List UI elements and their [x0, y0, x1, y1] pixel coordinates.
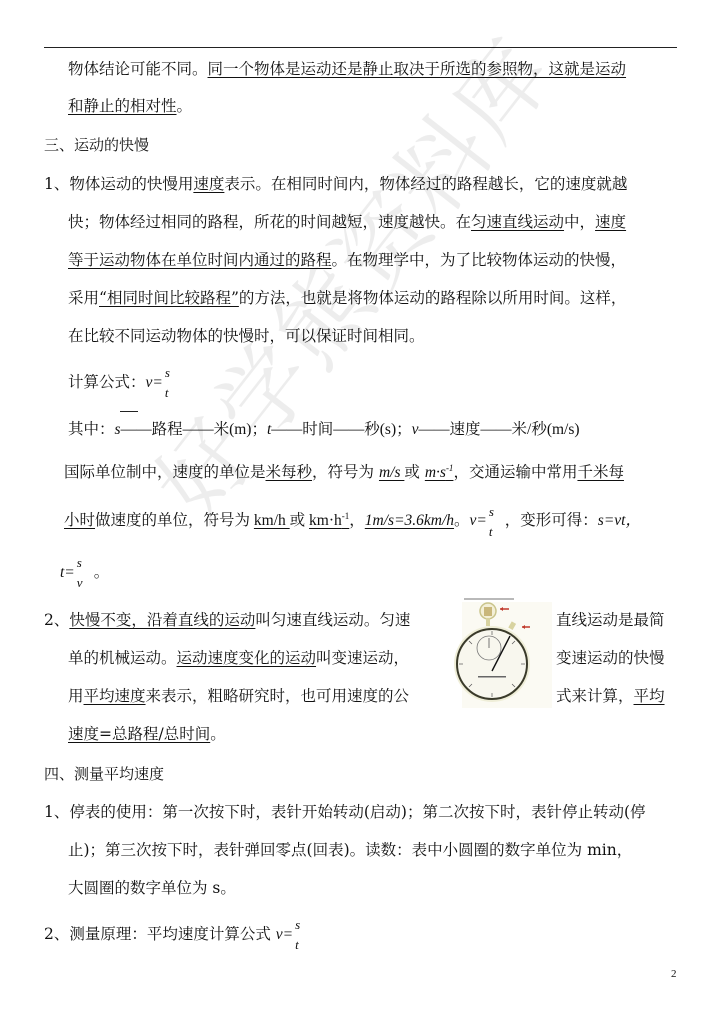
s3-item2-right-1: 直线运动是最简: [556, 610, 665, 630]
underlined-text: 运动速度变化的运动: [177, 649, 317, 667]
text: 其中：: [68, 421, 115, 438]
formula-label: 计算公式：: [68, 373, 146, 391]
relativity-line-2: 和静止的相对性。: [68, 96, 192, 116]
underlined-text: 速度=总路程/总时间: [68, 725, 210, 743]
text: ——时间——秒(s)；: [271, 421, 411, 438]
s3-item2-line-3: 用平均速度来表示，粗略研究时，也可用速度的公: [68, 686, 409, 706]
text: 。: [454, 512, 470, 529]
text: 。: [177, 97, 193, 115]
underlined-text: 平均速度: [84, 687, 146, 705]
denominator: t: [295, 935, 299, 955]
text: 2、测量原理：平均速度计算公式: [44, 925, 276, 943]
underlined-unit: km·h: [309, 512, 342, 529]
units-line-3: t=sv 。: [60, 562, 109, 583]
underlined-text: 平均: [634, 687, 665, 705]
s3-item1-line-5: 在比较不同运动物体的快慢时，可以保证时间相同。: [68, 326, 425, 346]
text: 采用: [68, 289, 99, 307]
var-v: v: [412, 421, 419, 438]
text: ，: [349, 512, 365, 529]
formula-lhs: t=: [60, 564, 75, 581]
denominator: t: [489, 522, 493, 542]
text: 。在物理学中，为了比较物体运动的快慢，: [332, 251, 627, 269]
numerator: s: [77, 553, 82, 573]
s4-item1-line-3: 大圆圈的数字单位为 s。: [68, 878, 236, 898]
text: 中，: [564, 213, 595, 231]
s3-item1-line-4: 采用“相同时间比较路程”的方法，也就是将物体运动的路程除以所用时间。这样，: [68, 288, 626, 308]
variable-definitions: 其中：s——路程——米(m)；t——时间——秒(s)；v——速度——米/秒(m/…: [68, 420, 580, 440]
stopwatch-image: [452, 596, 556, 710]
text: 。: [210, 725, 226, 743]
text: ，符号为: [312, 463, 379, 481]
relativity-line-1: 物体结论可能不同。同一个物体是运动还是静止取决于所选的参照物，这就是运动: [68, 59, 626, 79]
text: 或: [404, 463, 424, 481]
page-number: 2: [671, 968, 677, 980]
denominator: t: [165, 383, 169, 403]
text: 的方法，也就是将物体运动的路程除以所用时间。这样，: [239, 289, 627, 307]
units-line-2: 小时做速度的单位，符号为 km/h 或 km·h-1，1m/s=3.6km/h。…: [64, 506, 641, 532]
text: 2、: [44, 611, 69, 629]
s3-item2-line-2: 单的机械运动。运动速度变化的运动叫变速运动，: [68, 648, 409, 668]
s3-item2-line-4: 速度=总路程/总时间。: [68, 724, 226, 744]
units-line-1: 国际单位制中，速度的单位是米每秒，符号为 m/s 或 m·s-1，交通运输中常用…: [64, 458, 624, 483]
s3-item2-right-3: 式来计算，平均: [556, 686, 665, 706]
text: 单的机械运动。: [68, 649, 177, 667]
s3-item2-right-2: 变速运动的快慢: [556, 648, 665, 668]
section-3-heading: 三、运动的快慢: [44, 135, 149, 155]
underlined-unit: m/s: [379, 464, 404, 481]
text: 叫匀速直线运动。匀速: [255, 611, 410, 629]
formula-lhs: v=: [146, 374, 163, 391]
formula-s-vt: s=vt，: [598, 512, 641, 529]
s3-item1-line-1: 1、物体运动的快慢用速度表示。在相同时间内，物体经过的路程越长，它的速度就越: [44, 174, 627, 194]
text: ，交通运输中常用: [453, 463, 577, 481]
s3-item1-line-3: 等于运动物体在单位时间内通过的路程。在物理学中，为了比较物体运动的快慢，: [68, 250, 626, 270]
text: 或: [290, 512, 309, 529]
text: 国际单位制中，速度的单位是: [64, 463, 266, 481]
s4-item2-formula: 2、测量原理：平均速度计算公式 v=st: [44, 924, 307, 945]
s3-item1-line-2: 快；物体经过相同的路程，所花的时间越短，速度越快。在匀速直线运动中，速度: [68, 212, 626, 232]
text: 物体结论可能不同。: [68, 60, 208, 78]
underlined-text: 速度: [193, 175, 224, 193]
underlined-text: “相同时间比较路程”: [99, 289, 239, 307]
text: 。: [89, 563, 109, 581]
formula-lhs: v=: [470, 512, 487, 529]
text: 用: [68, 687, 84, 705]
fraction: sv: [75, 563, 89, 583]
formula-lhs: v=: [276, 926, 293, 943]
text: 做速度的单位，符号为: [95, 512, 254, 529]
underlined-text: 匀速直线运动: [471, 213, 564, 231]
denominator: v: [77, 573, 83, 593]
underlined-unit: m·s: [425, 464, 446, 481]
s3-item2-line-1: 2、快慢不变，沿着直线的运动叫匀速直线运动。匀速: [44, 610, 410, 630]
text: ——速度——米/秒(m/s): [419, 421, 580, 438]
text: 表示。在相同时间内，物体经过的路程越长，它的速度就越: [224, 175, 627, 193]
s4-item1-line-1: 1、停表的使用：第一次按下时，表针开始转动(启动)；第二次按下时，表针停止转动(…: [44, 802, 646, 822]
underlined-unit: km/h: [254, 512, 290, 529]
underlined-text: 速度: [595, 213, 626, 231]
underlined-text: 米每秒: [266, 463, 313, 481]
text: ——路程——米(m)；: [121, 421, 267, 438]
text: 叫变速运动，: [316, 649, 409, 667]
underlined-text: 同一个物体是运动还是静止取决于所选的参照物，这就是运动: [208, 60, 627, 78]
header-rule: [44, 47, 677, 48]
text: 式来计算，: [556, 687, 634, 705]
fraction-bar-stray: [120, 411, 138, 412]
text: ，变形可得：: [501, 512, 598, 529]
numerator: s: [489, 502, 494, 522]
section-4-heading: 四、测量平均速度: [44, 764, 164, 784]
underlined-text: 快慢不变，沿着直线的运动: [69, 611, 255, 629]
text: 1、物体运动的快慢用: [44, 175, 193, 193]
fraction: st: [163, 373, 177, 393]
fraction: st: [487, 512, 501, 532]
fraction: st: [293, 925, 307, 945]
underlined-text: 和静止的相对性: [68, 97, 177, 115]
underlined-conversion: 1m/s=3.6km/h: [365, 512, 454, 529]
text: 快；物体经过相同的路程，所花的时间越短，速度越快。在: [68, 213, 471, 231]
speed-formula: 计算公式：v=st: [68, 372, 177, 393]
underlined-text: 等于运动物体在单位时间内通过的路程: [68, 251, 332, 269]
underlined-text: 千米每: [577, 463, 624, 481]
numerator: s: [295, 915, 300, 935]
s4-item1-line-2: 止)；第三次按下时，表针弹回零点(回表)。读数：表中小圆圈的数字单位为 min，: [68, 840, 632, 860]
numerator: s: [165, 363, 170, 383]
underlined-text: 小时: [64, 512, 95, 529]
text: 来表示，粗略研究时，也可用速度的公: [146, 687, 410, 705]
